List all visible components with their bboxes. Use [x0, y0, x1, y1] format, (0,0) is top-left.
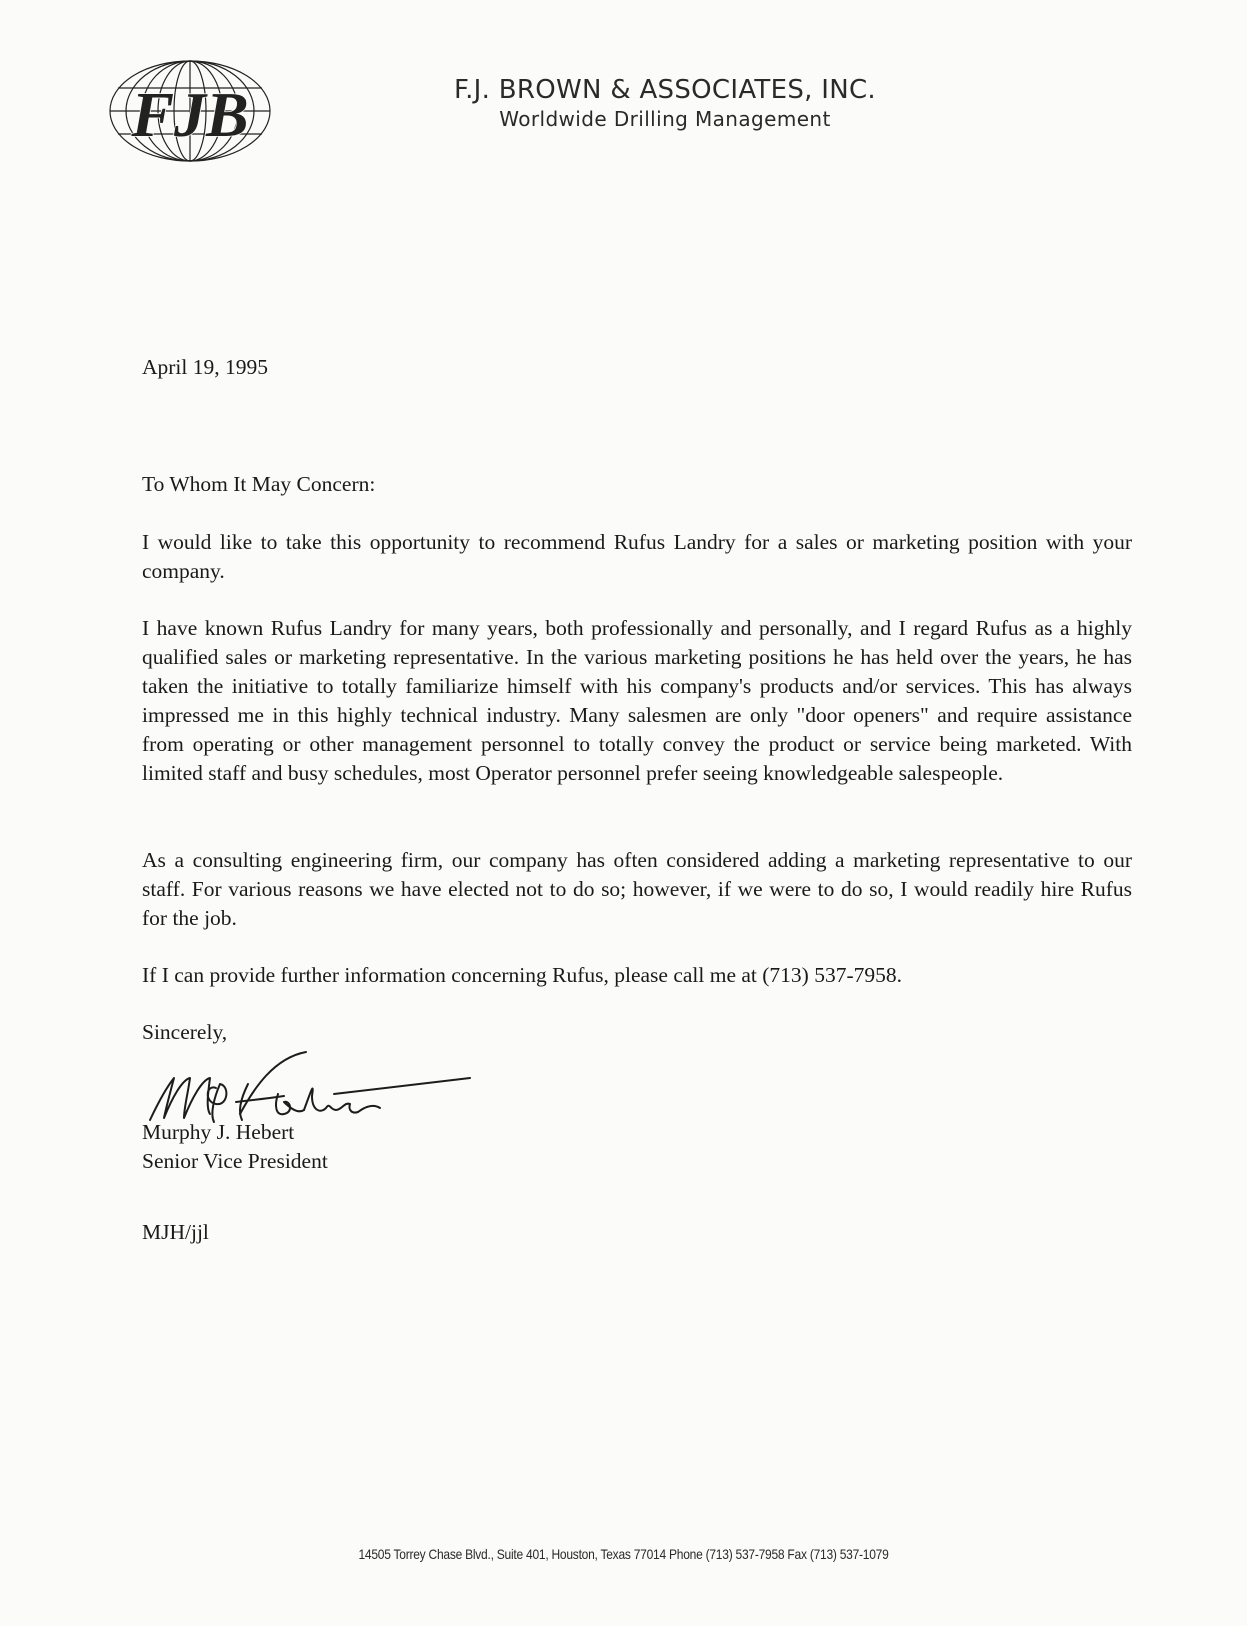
company-logo: FJB — [106, 58, 274, 164]
globe-monogram-icon: FJB — [106, 58, 274, 164]
salutation: To Whom It May Concern: — [142, 470, 1132, 499]
paragraph-contact: If I can provide further information con… — [142, 961, 1132, 990]
paragraph-intro: I would like to take this opportunity to… — [142, 528, 1132, 586]
signer-title: Senior Vice President — [142, 1147, 1132, 1176]
paragraph-qualifications: I have known Rufus Landry for many years… — [142, 614, 1132, 788]
closing: Sincerely, — [142, 1018, 1132, 1047]
signature-block: Murphy J. Hebert Senior Vice President — [142, 1118, 1132, 1176]
reference-initials: MJH/jjl — [142, 1218, 1132, 1247]
letterhead: F.J. BROWN & ASSOCIATES, INC. Worldwide … — [395, 74, 935, 132]
paragraph-hiring: As a consulting engineering firm, our co… — [142, 846, 1132, 933]
signature-icon — [144, 1048, 494, 1128]
company-tagline: Worldwide Drilling Management — [395, 106, 935, 132]
company-name: F.J. BROWN & ASSOCIATES, INC. — [395, 74, 935, 106]
footer-address: 14505 Torrey Chase Blvd., Suite 401, Hou… — [87, 1546, 1159, 1562]
letter-date: April 19, 1995 — [142, 353, 1132, 382]
svg-text:FJB: FJB — [130, 79, 248, 150]
signer-name: Murphy J. Hebert — [142, 1118, 1132, 1147]
handwritten-signature — [144, 1048, 494, 1128]
